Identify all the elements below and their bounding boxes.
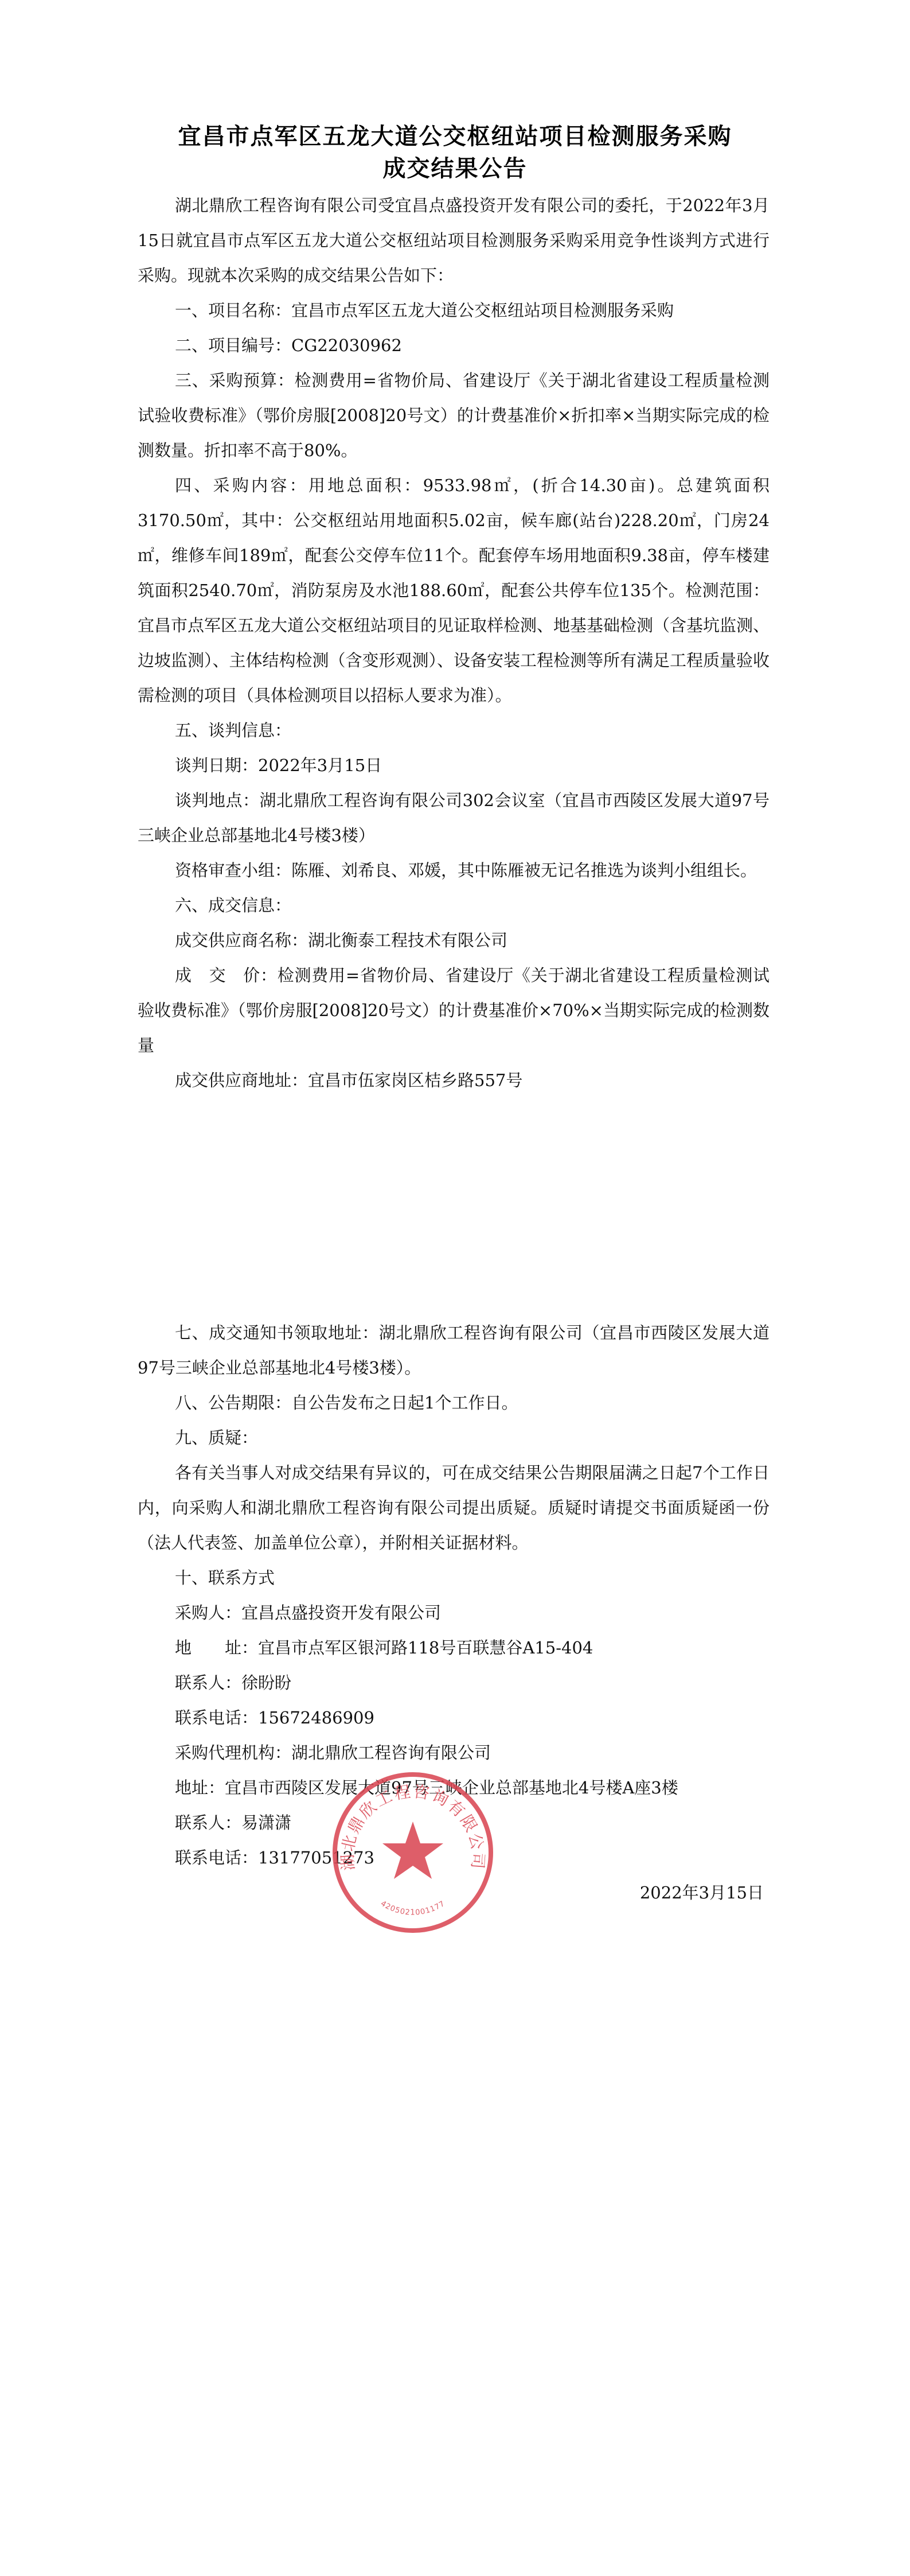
procurement-budget: 三、采购预算：检测费用=省物价局、省建设厅《关于湖北省建设工程质量检测试验收费标… — [138, 363, 770, 468]
deal-supplier-address: 成交供应商地址：宜昌市伍家岗区桔乡路557号 — [138, 1063, 770, 1098]
document-title-line1: 宜昌市点军区五龙大道公交枢纽站项目检测服务采购 — [0, 118, 910, 151]
agency-phone: 联系电话：13177051273 — [138, 1840, 770, 1875]
purchaser: 采购人：宜昌点盛投资开发有限公司 — [138, 1596, 770, 1631]
agency-contact: 联系人：易潇潇 — [138, 1805, 770, 1840]
project-name: 一、项目名称：宜昌市点军区五龙大道公交枢纽站项目检测服务采购 — [138, 293, 770, 328]
challenge-heading: 九、质疑： — [138, 1421, 770, 1456]
review-panel: 资格审查小组：陈雁、刘希良、邓媛，其中陈雁被无记名推选为谈判小组组长。 — [138, 853, 770, 888]
negotiation-place: 谈判地点：湖北鼎欣工程咨询有限公司302会议室（宜昌市西陵区发展大道97号三峡企… — [138, 783, 770, 853]
negotiation-date: 谈判日期：2022年3月15日 — [138, 748, 770, 783]
document-title-line2: 成交结果公告 — [0, 150, 910, 183]
challenge-body: 各有关当事人对成交结果有异议的，可在成交结果公告期限届满之日起7个工作日内，向采… — [138, 1456, 770, 1561]
project-number: 二、项目编号：CG22030962 — [138, 328, 770, 363]
purchaser-phone: 联系电话：15672486909 — [138, 1701, 770, 1736]
deal-info-heading: 六、成交信息： — [138, 888, 770, 923]
notice-pickup-address: 七、成交通知书领取地址：湖北鼎欣工程咨询有限公司（宜昌市西陵区发展大道97号三峡… — [138, 1316, 770, 1386]
announcement-period: 八、公告期限：自公告发布之日起1个工作日。 — [138, 1386, 770, 1421]
agency-address: 地址：宜昌市西陵区发展大道97号三峡企业总部基地北4号楼A座3楼 — [138, 1770, 770, 1805]
negotiation-heading: 五、谈判信息： — [138, 713, 770, 748]
deal-supplier: 成交供应商名称：湖北衡泰工程技术有限公司 — [138, 923, 770, 958]
deal-price: 成 交 价：检测费用=省物价局、省建设厅《关于湖北省建设工程质量检测试验收费标准… — [138, 958, 770, 1063]
contact-heading: 十、联系方式 — [138, 1561, 770, 1596]
document-body: 湖北鼎欣工程咨询有限公司受宜昌点盛投资开发有限公司的委托，于2022年3月15日… — [138, 188, 770, 1910]
procurement-content: 四、采购内容：用地总面积：9533.98㎡，(折合14.30亩)。总建筑面积31… — [138, 468, 770, 713]
announcement-date: 2022年3月15日 — [138, 1875, 770, 1910]
intro-paragraph: 湖北鼎欣工程咨询有限公司受宜昌点盛投资开发有限公司的委托，于2022年3月15日… — [138, 188, 770, 293]
purchaser-contact: 联系人：徐盼盼 — [138, 1666, 770, 1701]
purchaser-address: 地 址：宜昌市点军区银河路118号百联慧谷A15-404 — [138, 1631, 770, 1666]
agency: 采购代理机构：湖北鼎欣工程咨询有限公司 — [138, 1736, 770, 1770]
blank-gap — [138, 1098, 770, 1316]
document-page: 宜昌市点军区五龙大道公交枢纽站项目检测服务采购 成交结果公告 湖北鼎欣工程咨询有… — [0, 0, 910, 2576]
